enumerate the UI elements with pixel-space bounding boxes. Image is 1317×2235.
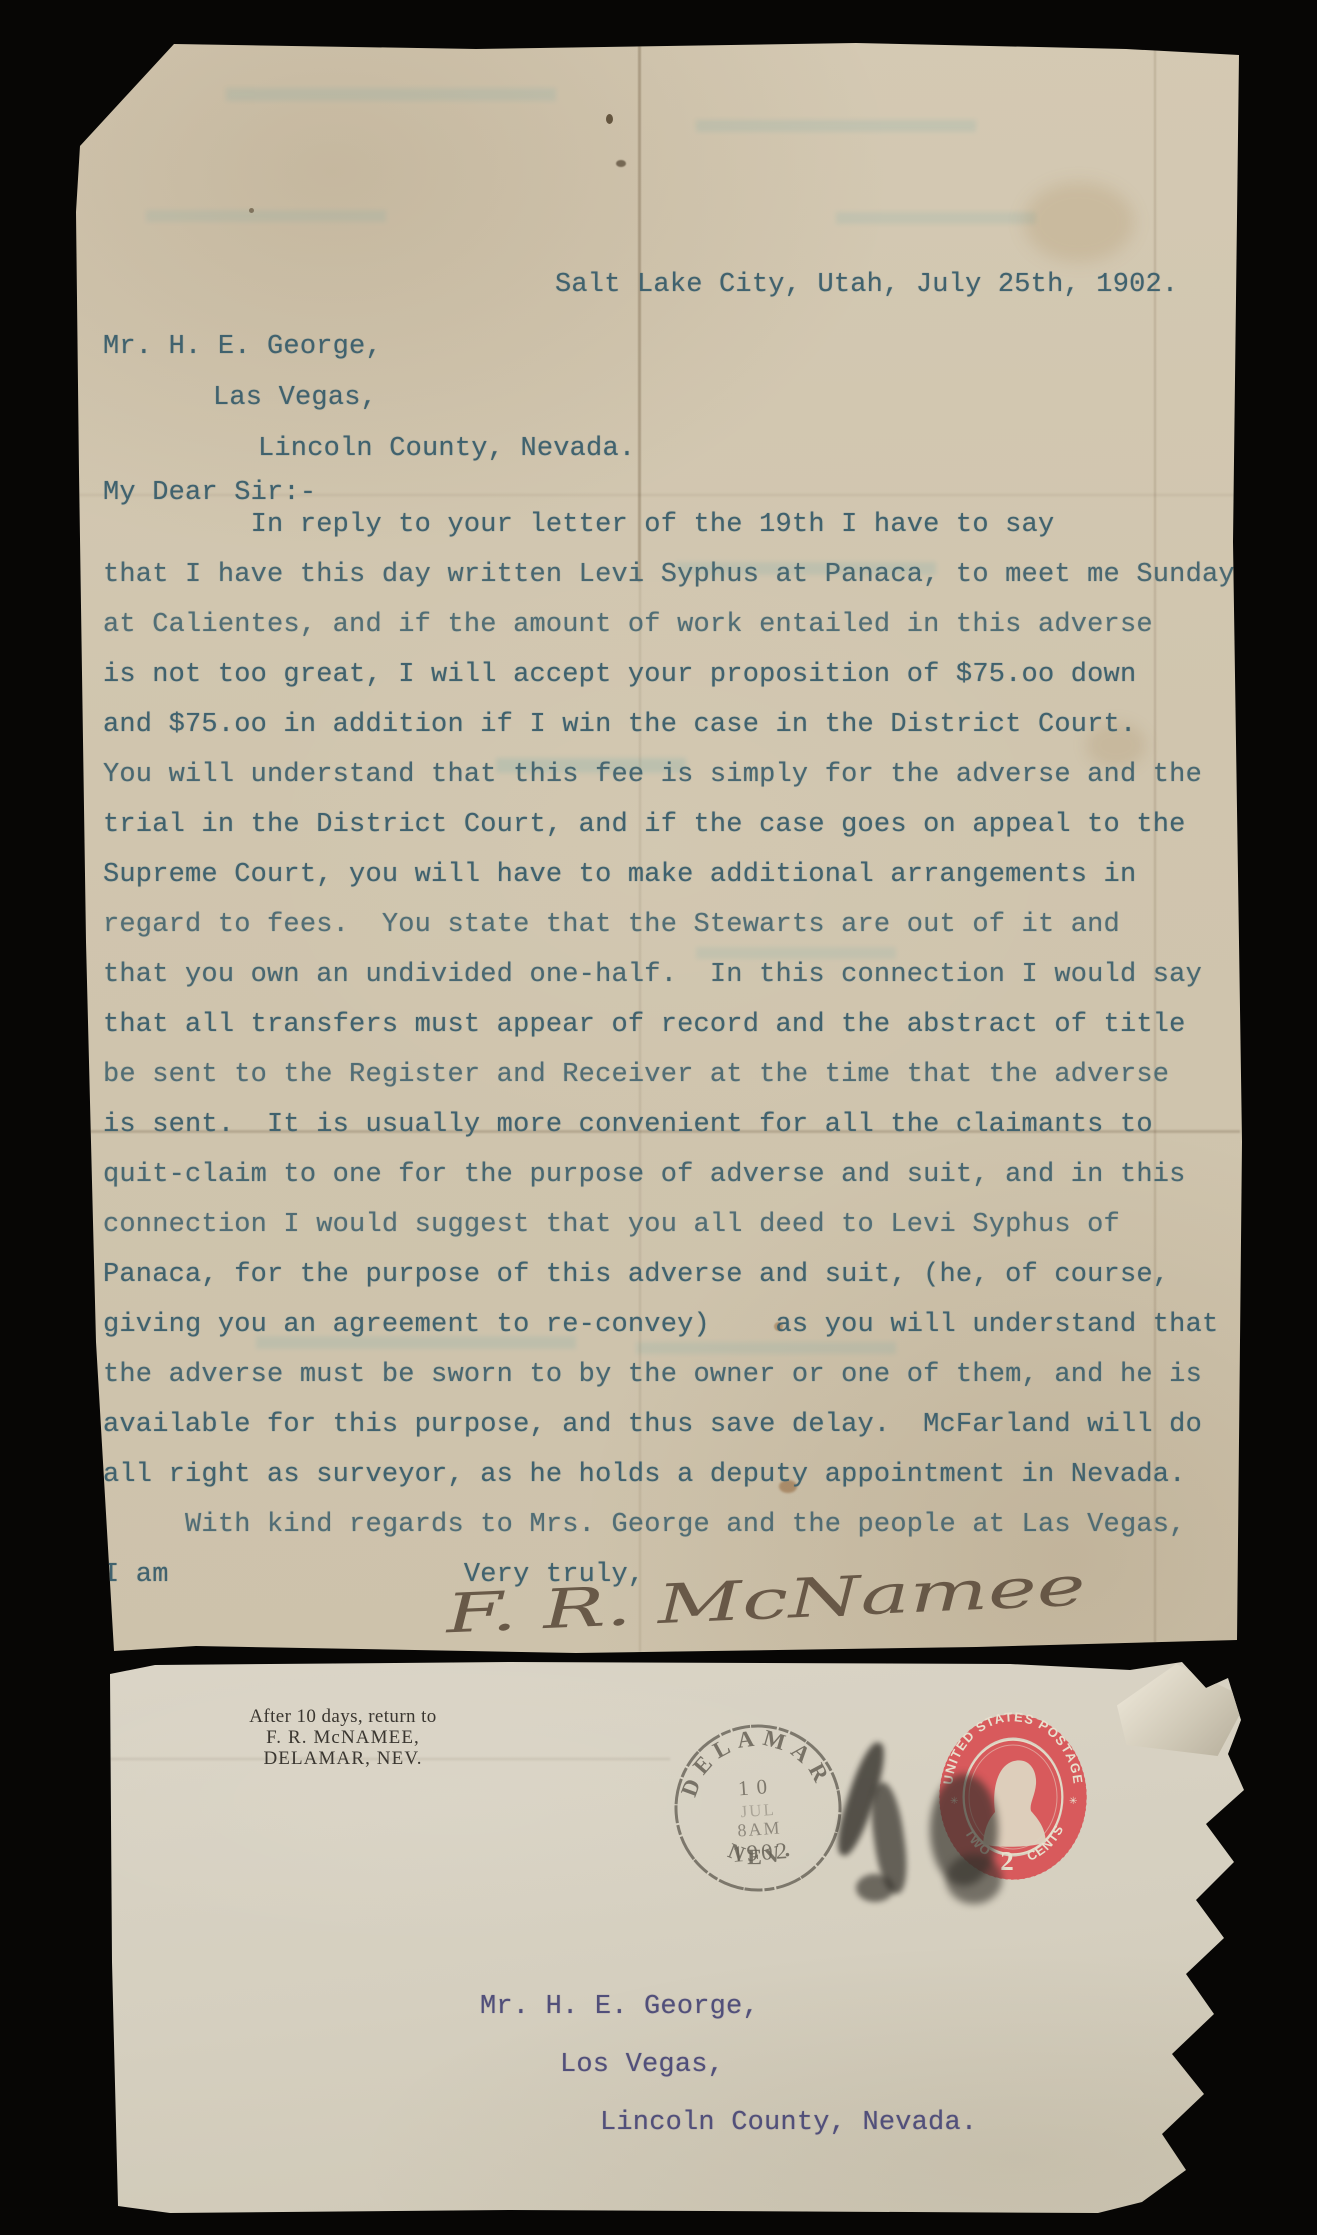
postage-stamp: UNITED STATES POSTAGE TWO CENTS 2 ✳ ✳ xyxy=(937,1712,1089,1882)
letter-body-line: giving you an agreement to re-convey) as… xyxy=(103,1300,1243,1350)
letter-body-line: that I have this day written Levi Syphus… xyxy=(103,550,1243,600)
letter-body-line: quit-claim to one for the purpose of adv… xyxy=(103,1150,1243,1200)
postmark-time: 8AM xyxy=(737,1817,782,1840)
letter-body-line: You will understand that this fee is sim… xyxy=(103,750,1243,800)
letter-body-line: at Calientes, and if the amount of work … xyxy=(103,600,1243,650)
letter-body-line: is not too great, I will accept your pro… xyxy=(103,650,1243,700)
signature-text: F. R. McNamee xyxy=(443,1555,1087,1646)
scan-background: Salt Lake City, Utah, July 25th, 1902. M… xyxy=(0,0,1317,2235)
letter-sheet: Salt Lake City, Utah, July 25th, 1902. M… xyxy=(76,42,1244,1654)
letter-body-line: that all transfers must appear of record… xyxy=(103,1000,1243,1050)
stain xyxy=(249,208,254,213)
return-address: After 10 days, return toF. R. McNAMEE,DE… xyxy=(198,1706,488,1769)
letter-body-line: In reply to your letter of the 19th I ha… xyxy=(103,500,1243,550)
letter-body-line: Supreme Court, you will have to make add… xyxy=(103,850,1243,900)
ghost-ink xyxy=(836,212,1036,224)
envelope-torn-corner xyxy=(1110,1664,1248,1756)
letter-body-line: is sent. It is usually more convenient f… xyxy=(103,1100,1243,1150)
envelope-address-block: Mr. H. E. George,Los Vegas,Lincoln Count… xyxy=(480,1978,977,2152)
letter-body: In reply to your letter of the 19th I ha… xyxy=(103,500,1243,1550)
letter-body-line: regard to fees. You state that the Stewa… xyxy=(103,900,1243,950)
letter-body-line: Panaca, for the purpose of this adverse … xyxy=(103,1250,1243,1300)
letter-body-line: all right as surveyor, as he holds a dep… xyxy=(103,1450,1243,1500)
letter-recipient-line: Lincoln County, Nevada. xyxy=(103,424,635,475)
cancellation-smudge xyxy=(866,1780,911,1895)
envelope-address-line: Mr. H. E. George, xyxy=(480,1978,977,2036)
stamp-denomination: 2 xyxy=(1000,1846,1014,1876)
postmark-year: 1902 xyxy=(731,1838,791,1867)
letter-body-line: that you own an undivided one-half. In t… xyxy=(103,950,1243,1000)
ghost-ink xyxy=(226,88,556,101)
envelope-address-line: Los Vegas, xyxy=(480,2036,977,2094)
letter-body-line: and $75.oo in addition if I win the case… xyxy=(103,700,1243,750)
return-address-line: DELAMAR, NEV. xyxy=(198,1748,488,1769)
ghost-ink xyxy=(696,120,976,132)
return-address-line: F. R. McNAMEE, xyxy=(198,1727,488,1748)
letter-body-line: the adverse must be sworn to by the owne… xyxy=(103,1350,1243,1400)
stain xyxy=(1024,182,1134,262)
stamp-rosette-left: ✳ xyxy=(950,1796,958,1807)
letter-body-line: be sent to the Register and Receiver at … xyxy=(103,1050,1243,1100)
stain xyxy=(616,160,626,167)
postmark-day: 10 xyxy=(737,1774,776,1801)
ghost-ink xyxy=(146,210,386,222)
letter-recipient-line: Mr. H. E. George, xyxy=(103,322,635,373)
letter-recipient-line: Las Vegas, xyxy=(103,373,635,424)
cancellation-smudge xyxy=(856,1874,894,1902)
letter-dateline: Salt Lake City, Utah, July 25th, 1902. xyxy=(555,270,1178,300)
signature: F. R. McNamee xyxy=(436,1540,1116,1670)
letter-recipient-block: Mr. H. E. George,Las Vegas,Lincoln Count… xyxy=(103,322,635,475)
postmark-icon: DELAMAR NEV. 10 JUL 8AM 1902 xyxy=(664,1714,852,1902)
letter-body-line: available for this purpose, and thus sav… xyxy=(103,1400,1243,1450)
envelope-address-line: Lincoln County, Nevada. xyxy=(480,2094,977,2152)
letter-body-line: connection I would suggest that you all … xyxy=(103,1200,1243,1250)
stamp-rosette-right: ✳ xyxy=(1069,1796,1077,1807)
stain xyxy=(606,114,613,124)
return-address-line: After 10 days, return to xyxy=(198,1706,488,1727)
envelope: After 10 days, return toF. R. McNAMEE,DE… xyxy=(110,1662,1245,2214)
letter-body-line: trial in the District Court, and if the … xyxy=(103,800,1243,850)
